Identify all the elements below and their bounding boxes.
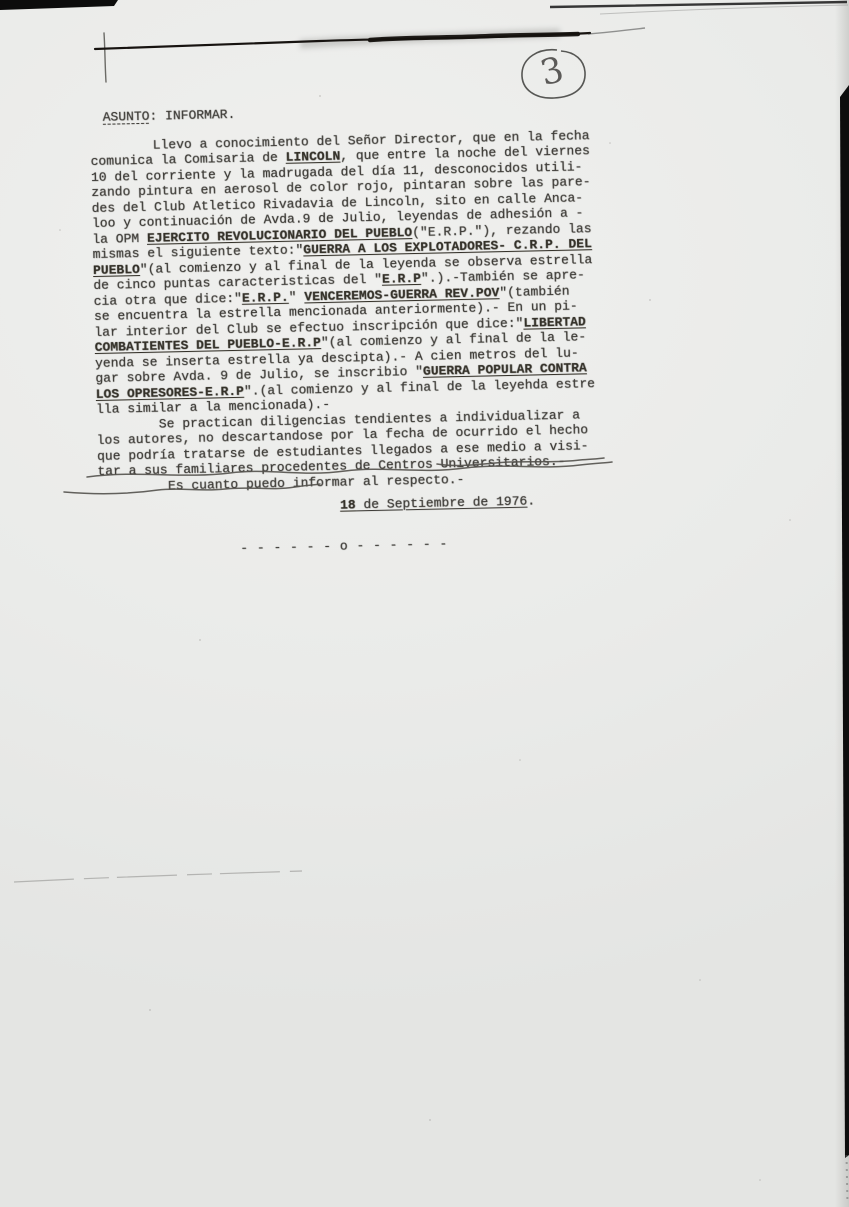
text-segment: E.R.P: [382, 271, 421, 287]
text-segment: [98, 498, 340, 518]
page-number-annotation: 3: [536, 50, 567, 94]
text-segment: la OPM: [92, 230, 147, 246]
document-text: ASUNTO: INFORMAR. Llevo a conocimiento d…: [90, 98, 660, 559]
date-day: 18: [340, 497, 356, 512]
divider: - - - - - - o - - - - - -: [99, 531, 659, 559]
text-segment: E.R.P.: [242, 289, 289, 305]
text-segment: ": [289, 289, 305, 304]
text-segment: "(también: [499, 283, 570, 300]
date-line: 18 de Septiembre de 1976.: [98, 491, 658, 519]
subject-label: ASUNTO: [103, 109, 150, 125]
date-rest: de Septiembre de 1976: [356, 494, 528, 513]
top-scan-streak: [95, 2, 848, 49]
scanned-document-page: { "page": { "annotation_number": "3", "p…: [0, 0, 849, 1207]
top-left-scan-bar: [0, 0, 118, 10]
fold-line: [14, 871, 302, 882]
text-segment: LINCOLN: [286, 149, 341, 165]
subject-value: : INFORMAR.: [149, 107, 235, 124]
text-segment: .: [527, 493, 535, 508]
divider-text: - - - - - - o - - - - - -: [99, 536, 448, 559]
subject-line: ASUNTO: INFORMAR.: [103, 98, 650, 125]
margin-pen-mark: [104, 33, 106, 82]
right-edge-scan-bar: [840, 85, 849, 1204]
text-segment: PUEBLO: [93, 262, 140, 278]
text-segment: LIBERTAD: [523, 314, 586, 330]
